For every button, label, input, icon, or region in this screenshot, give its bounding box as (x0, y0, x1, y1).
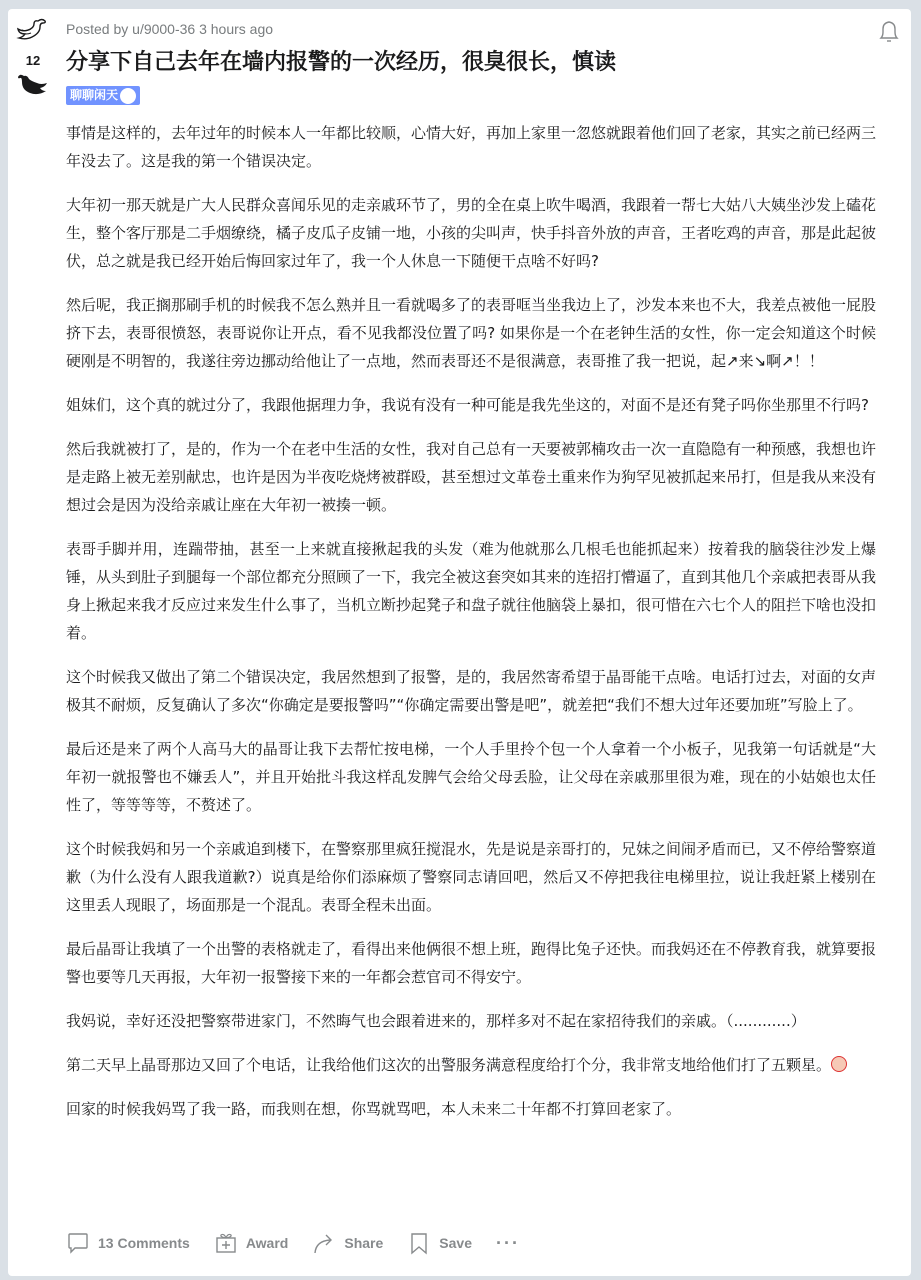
paragraph: 大年初一那天就是广大人民群众喜闻乐见的走亲戚环节了，男的全在桌上吹牛喝酒，我跟着… (66, 191, 876, 275)
paragraph: 姐妹们，这个真的就过分了，我跟他据理力争，我说有没有一种可能是我先坐这的，对面不… (66, 391, 876, 419)
more-dots-icon: ··· (496, 1234, 520, 1252)
clown-face-emoji-icon (831, 1056, 847, 1072)
post-card: 12 Posted by u/9000-36 3 hours ago 分享下自己… (8, 9, 911, 1276)
bell-notification-icon[interactable] (877, 19, 901, 45)
award-button[interactable]: Award (214, 1231, 289, 1255)
paragraph: 这个时候我妈和另一个亲戚追到楼下，在警察那里疯狂搅混水，先是说是亲哥打的，兄妹之… (66, 835, 876, 919)
paragraph-with-emoji: 第二天早上晶哥那边又回了个电话，让我给他们这次的出警服务满意程度给打个分，我非常… (66, 1051, 876, 1079)
downvote-swan-icon[interactable] (16, 72, 50, 102)
flair-label: 聊聊闲天 (70, 86, 118, 105)
share-label: Share (344, 1235, 383, 1251)
comment-bubble-icon (66, 1231, 90, 1255)
bookmark-icon (407, 1231, 431, 1255)
post-flair[interactable]: 聊聊闲天 (66, 86, 140, 105)
award-label: Award (246, 1235, 289, 1251)
save-label: Save (439, 1235, 472, 1251)
post-meta[interactable]: Posted by u/9000-36 3 hours ago (66, 19, 871, 39)
paragraph: 最后晶哥让我填了一个出警的表格就走了，看得出来他俩很不想上班，跑得比兔子还快。而… (66, 935, 876, 991)
paragraph: 我妈说，幸好还没把警察带进家门，不然晦气也会跟着进来的，那样多对不起在家招待我们… (66, 1007, 876, 1035)
post-title[interactable]: 分享下自己去年在墙内报警的一次经历，很臭很长，慎读 (66, 48, 871, 78)
comments-button[interactable]: 13 Comments (66, 1231, 190, 1255)
paragraph: 然后呢，我正搁那刷手机的时候我不怎么熟并且一看就喝多了的表哥哐当坐我边上了，沙发… (66, 291, 876, 375)
post-action-bar: 13 Comments Award Share Save ··· (66, 1227, 520, 1259)
paragraph: 然后我就被打了，是的，作为一个在老中生活的女性，我对自己总有一天要被郭楠攻击一次… (66, 435, 876, 519)
paragraph-text: 第二天早上晶哥那边又回了个电话，让我给他们这次的出警服务满意程度给打个分，我非常… (66, 1056, 831, 1074)
paragraph: 表哥手脚并用，连踹带抽，甚至一上来就直接揪起我的头发（难为他就那么几根毛也能抓起… (66, 535, 876, 647)
paragraph: 事情是这样的，去年过年的时候本人一年都比较顺，心情大好，再加上家里一忽悠就跟着他… (66, 119, 876, 175)
more-options-button[interactable]: ··· (496, 1234, 520, 1252)
post-body: 事情是这样的，去年过年的时候本人一年都比较顺，心情大好，再加上家里一忽悠就跟着他… (66, 119, 876, 1123)
paragraph: 最后还是来了两个人高马大的晶哥让我下去帮忙按电梯，一个人手里拎个包一个人拿着一个… (66, 735, 876, 819)
comments-label: 13 Comments (98, 1235, 190, 1251)
upvote-swan-icon[interactable] (16, 17, 50, 47)
save-button[interactable]: Save (407, 1231, 472, 1255)
share-button[interactable]: Share (312, 1231, 383, 1255)
gift-award-icon (214, 1231, 238, 1255)
paragraph: 回家的时候我妈骂了我一路，而我则在想，你骂就骂吧，本人未来二十年都不打算回老家了… (66, 1095, 876, 1123)
vote-count: 12 (26, 53, 40, 68)
paragraph: 这个时候我又做出了第二个错误决定，我居然想到了报警，是的，我居然寄希望于晶哥能干… (66, 663, 876, 719)
snoo-avatar-icon (120, 88, 136, 104)
vote-column: 12 (8, 9, 58, 102)
post-main: Posted by u/9000-36 3 hours ago 分享下自己去年在… (66, 9, 871, 1139)
share-arrow-icon (312, 1231, 336, 1255)
